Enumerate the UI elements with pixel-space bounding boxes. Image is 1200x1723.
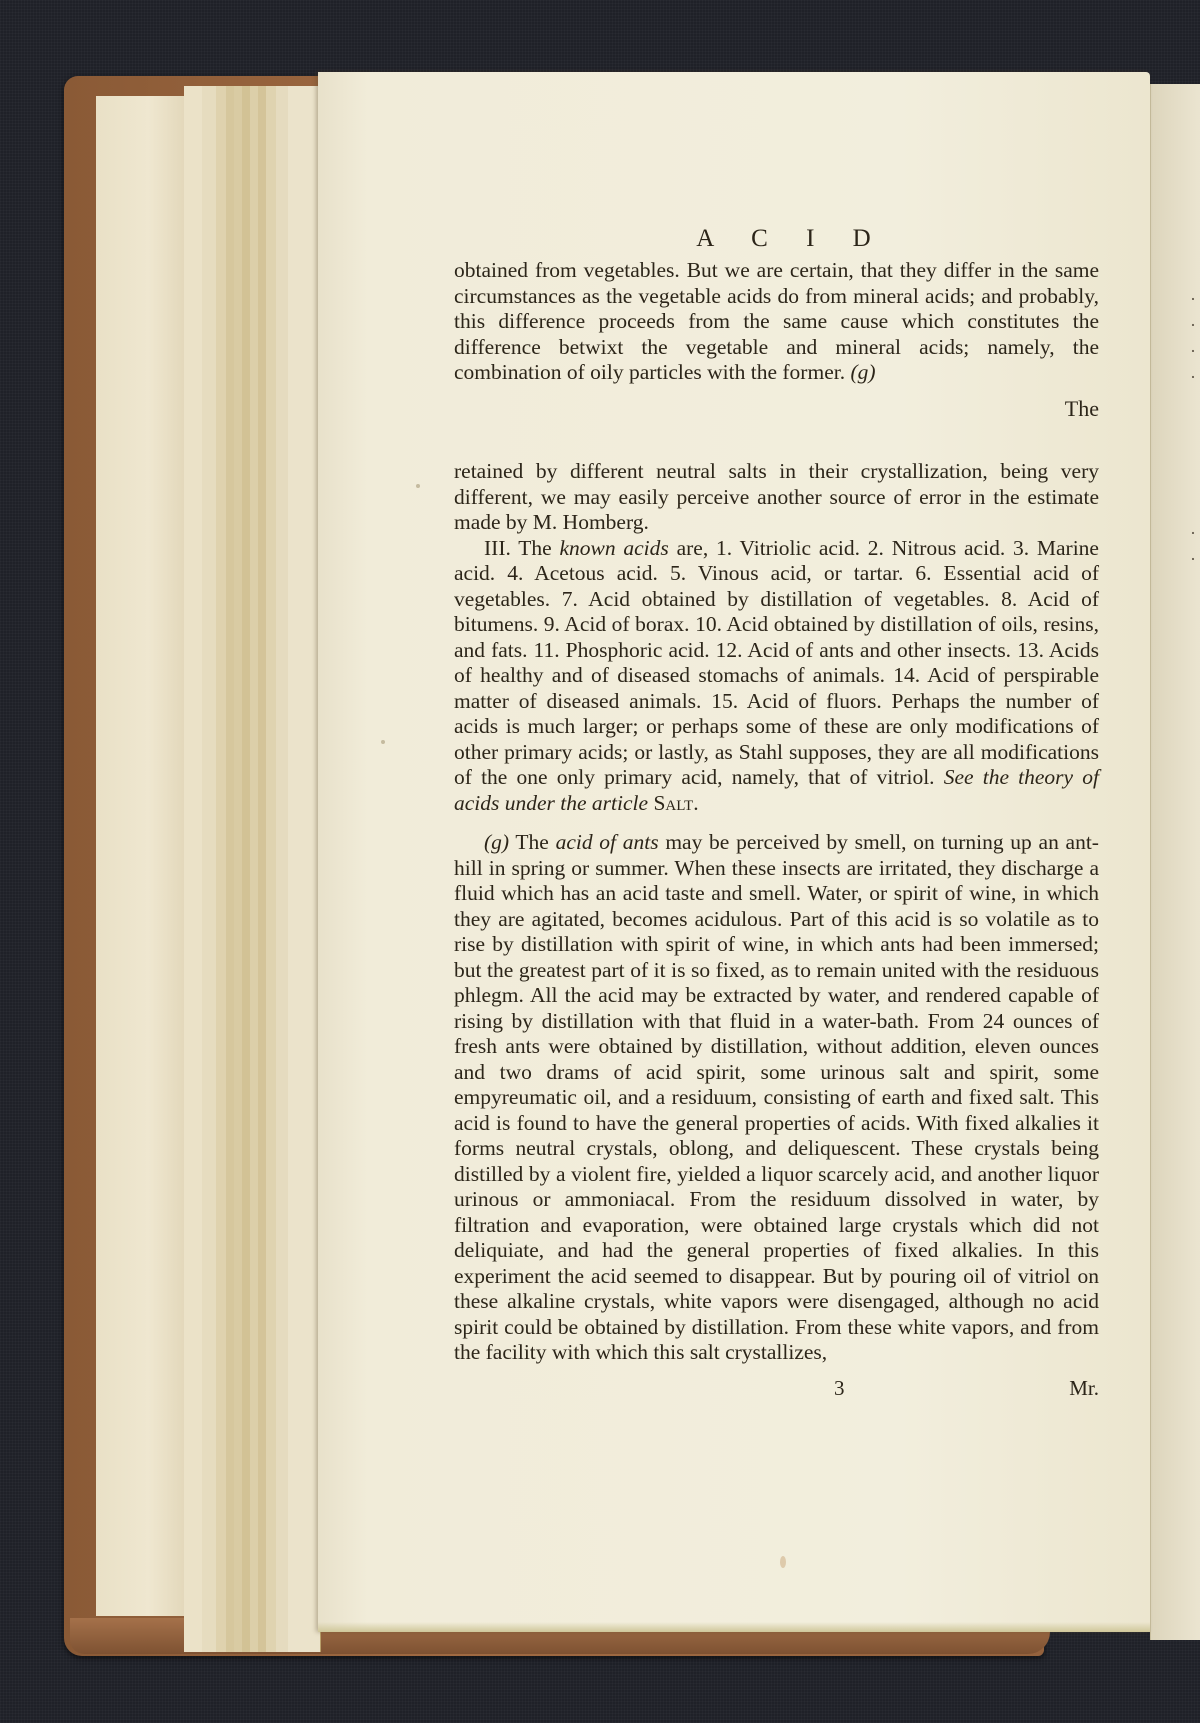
paragraph-retained: retained by different neutral salts in t…: [454, 459, 1099, 536]
known-acids-intro: III. The: [484, 536, 559, 560]
catchword-top: The: [454, 396, 1099, 422]
cross-reference-salt: Salt: [653, 791, 693, 815]
footnote-body: may be perceived by smell, on turning up…: [454, 830, 1099, 1364]
period: .: [693, 791, 698, 815]
footnote-reference: (g): [850, 360, 875, 384]
continued-paragraph-text: obtained from vegetables. But we are cer…: [454, 258, 1099, 384]
running-head: A C I D: [454, 224, 1099, 254]
continued-paragraph: obtained from vegetables. But we are cer…: [454, 258, 1099, 386]
signature-mark: 3: [834, 1376, 845, 1402]
endpaper: [96, 96, 186, 1616]
page-footer: 3 Mr.: [454, 1376, 1099, 1402]
footnote-marker: (g): [484, 830, 509, 854]
paragraph-known-acids: III. The known acids are, 1. Vitriolic a…: [454, 536, 1099, 817]
catchword-bottom: Mr.: [1069, 1376, 1099, 1402]
known-acids-italic: known acids: [559, 536, 668, 560]
known-acids-list: are, 1. Vitriolic acid. 2. Nitrous acid.…: [454, 536, 1099, 790]
footnote-the: The: [509, 830, 555, 854]
facing-page-bleed: ··: [1190, 520, 1200, 572]
footnote-g: (g) The acid of ants may be perceived by…: [454, 830, 1099, 1366]
page-stack: [184, 86, 320, 1652]
page-text: A C I D obtained from vegetables. But we…: [454, 224, 1099, 1401]
footnote-italic: acid of ants: [556, 830, 659, 854]
facing-page-bleed: ····: [1190, 286, 1200, 390]
